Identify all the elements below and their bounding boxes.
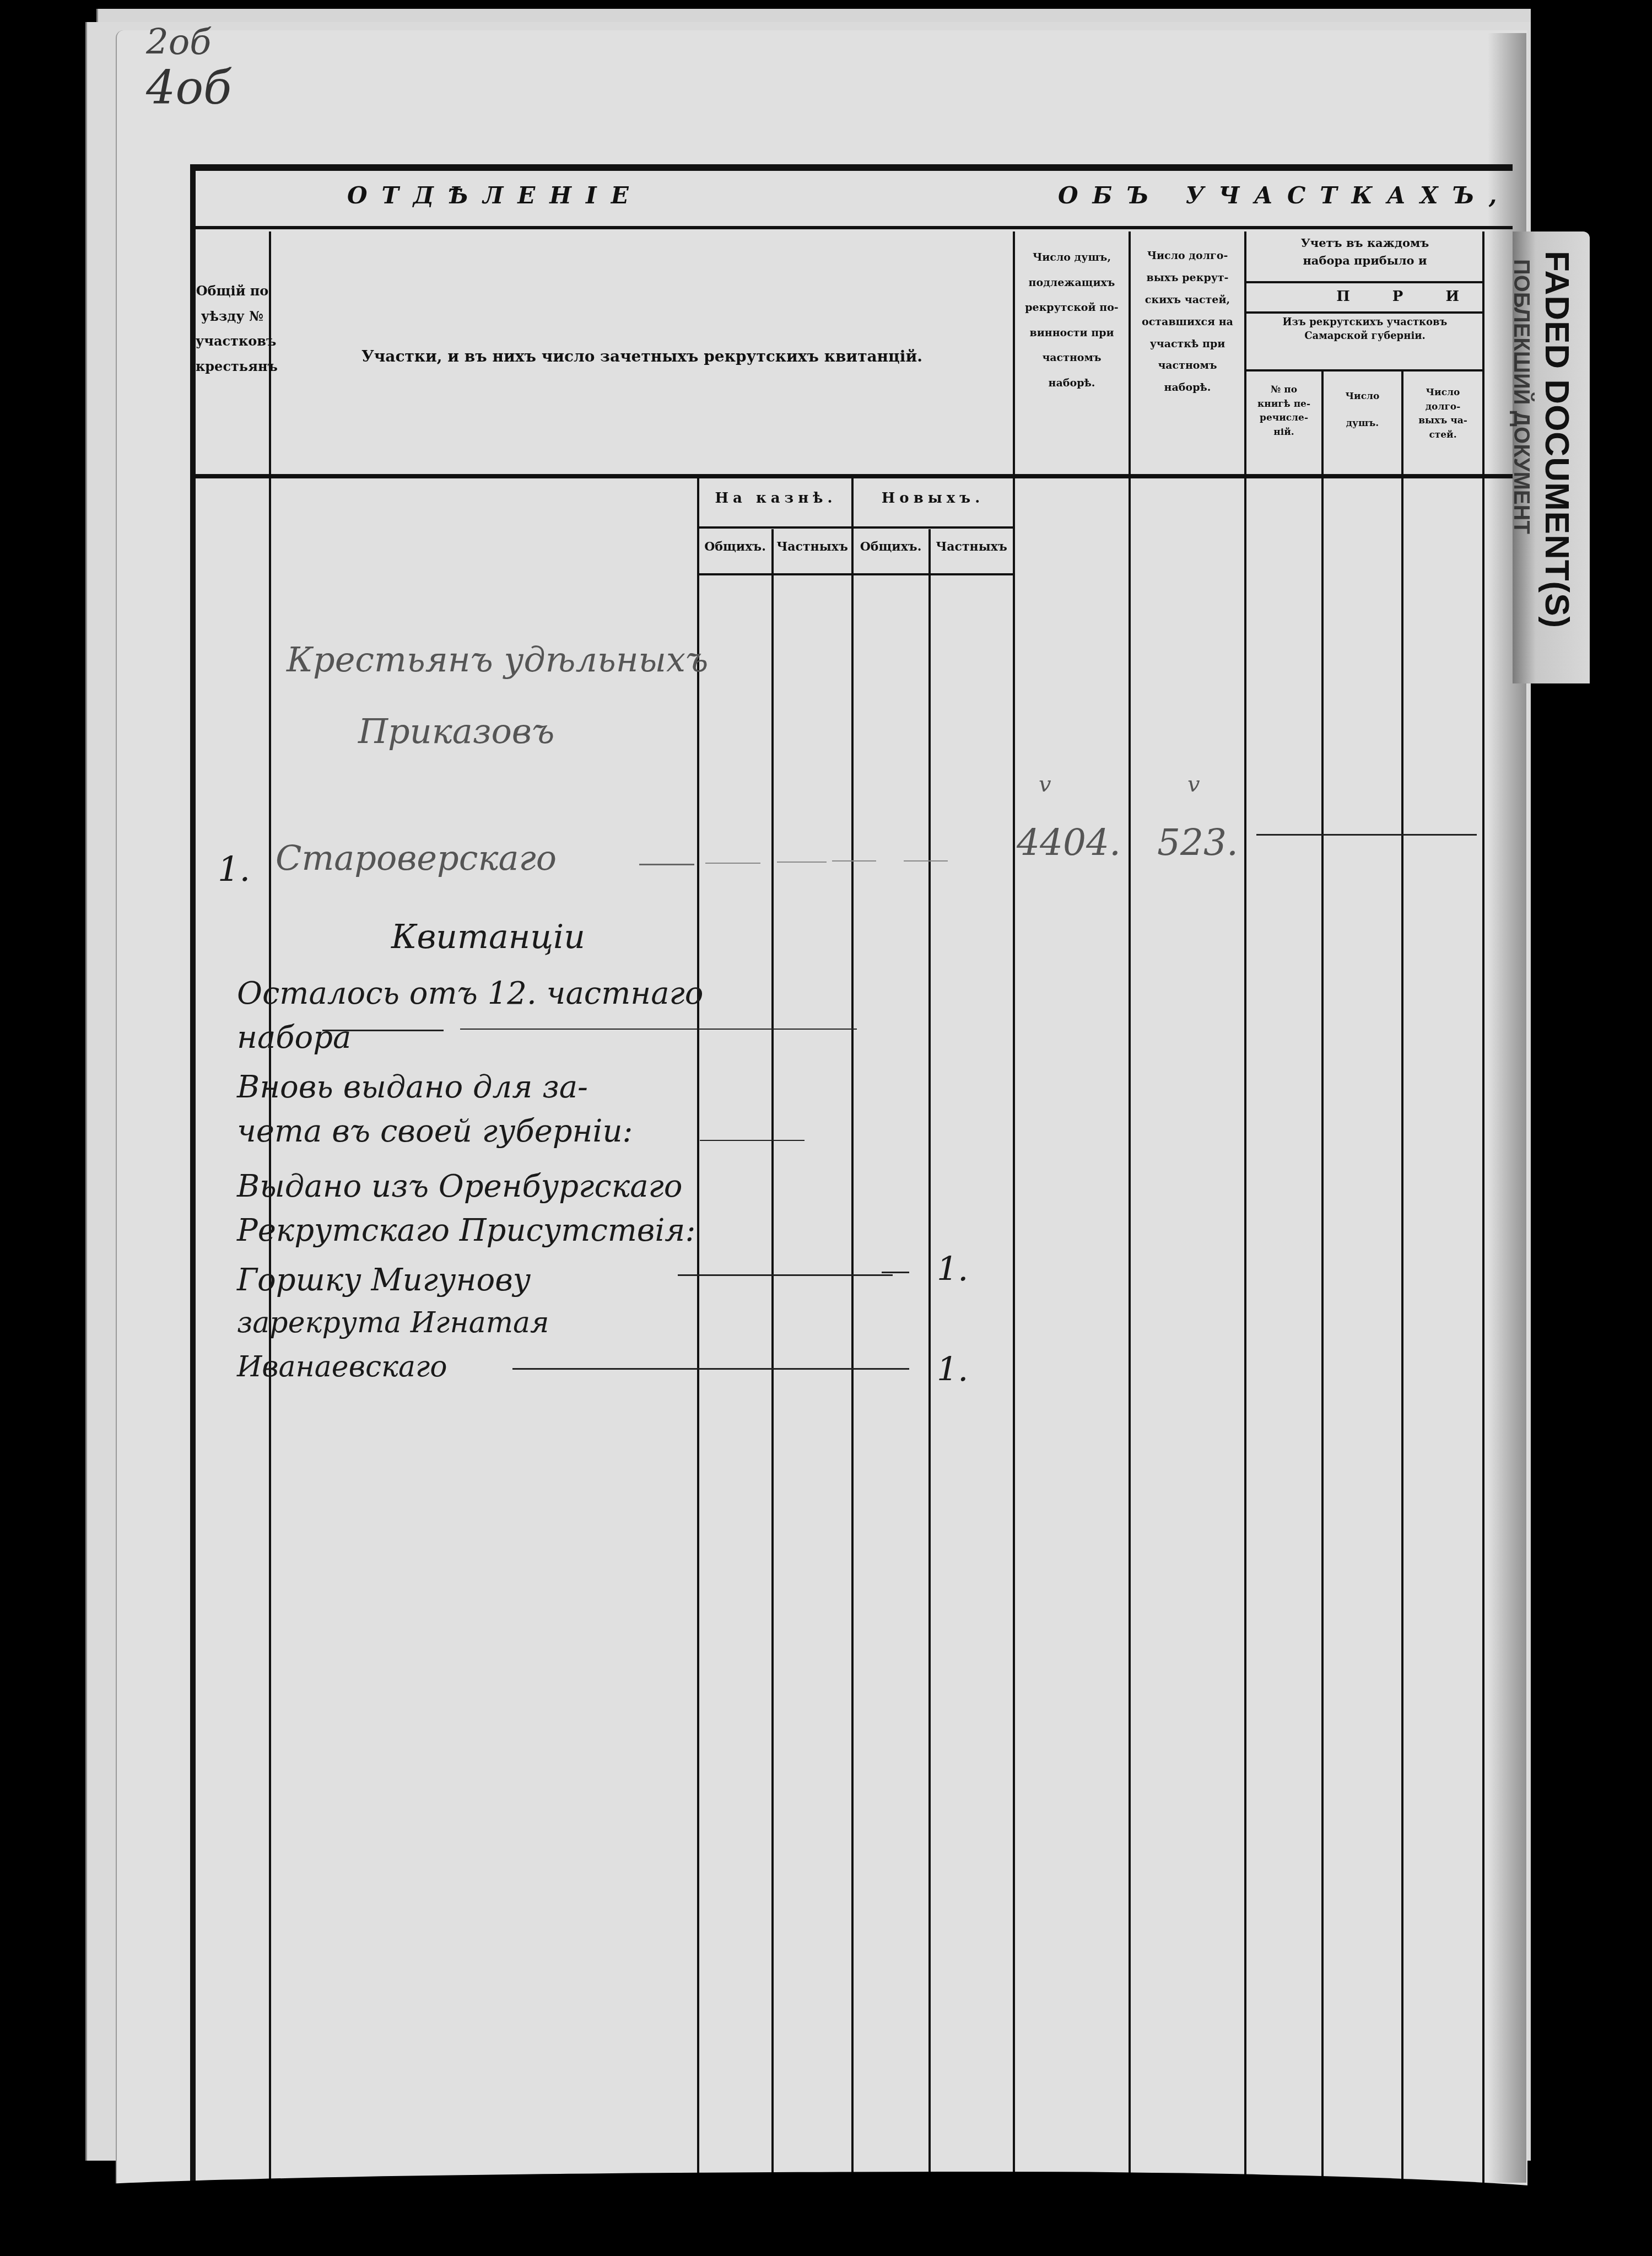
- header-line: Изъ рекрутскихъ участковъ: [1246, 315, 1483, 329]
- entry-vnov-1: Вновь выдано для за-: [237, 1069, 588, 1105]
- header-line: долго-: [1403, 400, 1482, 414]
- uchet-empty-dash: [1256, 834, 1477, 836]
- title-right: ОБЪ УЧАСТКАХЪ,: [1058, 182, 1511, 209]
- col-line-7: [1482, 231, 1484, 2183]
- header-line: рекрутской по-: [1015, 295, 1129, 321]
- col-line-5: [1321, 369, 1324, 2183]
- subcol-line-a: [697, 478, 699, 2182]
- header-na-kazne: На казнѣ.: [699, 485, 853, 512]
- header-line: Общій по: [196, 278, 269, 304]
- entry-kvitantsii: Квитанціи: [391, 918, 585, 956]
- entry-dash: [512, 1368, 909, 1370]
- header-line: участкѣ при: [1131, 333, 1244, 356]
- header-iz-uchastkov: Изъ рекрутскихъ участковъ Самарской губе…: [1246, 315, 1483, 343]
- header-line: набора прибыло и: [1246, 252, 1483, 270]
- page-bottom-edge: [0, 2172, 1652, 2256]
- subcol-line-b: [771, 529, 774, 2183]
- header-line: Самарской губерніи.: [1246, 329, 1483, 343]
- entry-vnov-2: чета въ своей губерніи:: [237, 1113, 633, 1149]
- header-line: наборѣ.: [1015, 371, 1129, 396]
- header-chislo-dush: Число душъ.: [1324, 383, 1401, 438]
- subheader-rule-2: [699, 573, 1013, 575]
- entry-row-dash: [639, 864, 694, 865]
- dolg-value: 523.: [1157, 821, 1238, 864]
- header-line: Число: [1324, 383, 1401, 410]
- header-novykh: Новыхъ.: [853, 485, 1013, 512]
- header-line: оставшихся на: [1131, 311, 1244, 333]
- value-gorshko: 1.: [937, 1250, 968, 1289]
- header-line: книгѣ пе-: [1246, 397, 1321, 412]
- entry-zarekruta-2: Иванаевскаго: [237, 1350, 447, 1383]
- header-line: Число долго-: [1131, 245, 1244, 267]
- entry-gorshko: Горшку Мигунову: [237, 1262, 531, 1298]
- entry-heading-2: Приказовъ: [358, 711, 554, 751]
- entry-row-number: 1.: [218, 849, 250, 889]
- title-left: ОТДѢЛЕНІЕ: [347, 182, 643, 209]
- header-line: Учетъ въ каждомъ: [1246, 234, 1483, 252]
- header-col-dush: Число душъ, подлежащихъ рекрутской по- в…: [1015, 245, 1129, 396]
- title-bottom-rule: [190, 226, 1513, 229]
- subcol-line-c: [851, 478, 854, 2182]
- header-col-uchastki: Участки, и въ нихъ число зачетныхъ рекру…: [270, 342, 1014, 371]
- entry-row-name: Староверскаго: [276, 838, 557, 878]
- value-zarekruta: 1.: [937, 1350, 968, 1389]
- entry-ostalos-2: набора: [237, 1020, 351, 1056]
- header-pri: П Р И: [1246, 282, 1483, 311]
- header-line: уѣзду №: [196, 304, 269, 329]
- subcol-line-d: [928, 529, 931, 2183]
- header-obshchikh-2: Общихъ.: [853, 536, 928, 559]
- header-line: частномъ: [1015, 346, 1129, 371]
- entry-dash: [700, 1140, 805, 1141]
- entry-dash: [322, 1030, 444, 1031]
- header-line: выхъ ча-: [1403, 414, 1482, 428]
- entry-vydano-1: Выдано изъ Оренбургскаго: [237, 1169, 683, 1204]
- header-line: выхъ рекрут-: [1131, 267, 1244, 289]
- folio-top: 2об: [146, 22, 211, 63]
- col-line-6: [1401, 369, 1403, 2183]
- header-line: крестьянъ: [196, 354, 269, 379]
- entry-dash: [777, 862, 827, 863]
- uchet-rule-3: [1245, 369, 1482, 371]
- header-chislo-dolg: Число долго- выхъ ча- стей.: [1403, 386, 1482, 442]
- souls-check-mark: v: [1039, 772, 1051, 797]
- header-col-number: Общій по уѣзду № участковъ крестьянъ: [196, 278, 269, 379]
- header-line: винности при: [1015, 321, 1129, 346]
- entry-heading-1: Крестьянъ удѣльныхъ: [287, 639, 708, 680]
- entry-dash: [832, 860, 876, 862]
- dolg-check-mark: v: [1187, 772, 1200, 797]
- col-line-4: [1244, 231, 1246, 2183]
- faded-document-label: FADED DOCUMENT(S): [1537, 251, 1577, 628]
- header-line: участковъ: [196, 329, 269, 354]
- header-line: скихъ частей,: [1131, 289, 1244, 311]
- entry-dash: [705, 863, 760, 864]
- entry-dash: [678, 1274, 893, 1276]
- header-col-dolg: Число долго- выхъ рекрут- скихъ частей, …: [1131, 245, 1244, 399]
- col-line-3: [1129, 231, 1131, 2183]
- col-line-1: [269, 231, 271, 2183]
- entry-dash: [882, 1272, 909, 1273]
- entry-vydano-2: Рекрутскаго Присутствія:: [237, 1213, 695, 1248]
- header-uchet: Учетъ въ каждомъ набора прибыло и: [1246, 234, 1483, 269]
- header-line: подлежащихъ: [1015, 271, 1129, 296]
- title-top-rule: [190, 164, 1513, 171]
- uchet-rule-2: [1245, 311, 1482, 314]
- souls-value: 4404.: [1017, 821, 1121, 864]
- header-line: наборѣ.: [1131, 377, 1244, 399]
- header-line: ній.: [1246, 426, 1321, 440]
- header-line: Число душъ,: [1015, 245, 1129, 271]
- header-bottom-rule: [190, 474, 1513, 478]
- folio-main: 4об: [146, 61, 231, 115]
- header-line: № по: [1246, 383, 1321, 397]
- header-line: частномъ: [1131, 355, 1244, 377]
- header-line: душъ.: [1324, 410, 1401, 437]
- entry-dash: [904, 860, 948, 862]
- entry-ostalos-1: Осталось отъ 12. частнаго: [237, 976, 704, 1011]
- header-chastnykh-2: Частныхъ: [930, 536, 1013, 559]
- header-line: речисле-: [1246, 411, 1321, 426]
- header-no-po-knige: № по книгѣ пе- речисле- ній.: [1246, 383, 1321, 439]
- col-line-2: [1013, 231, 1015, 2183]
- header-obshchikh-1: Общихъ.: [699, 536, 771, 559]
- header-line: стей.: [1403, 428, 1482, 443]
- table-left-border: [190, 164, 196, 2182]
- entry-zarekruta-1: зарекрута Игнатая: [237, 1306, 549, 1339]
- header-line: Число: [1403, 386, 1482, 400]
- faded-document-ghost-label: ПОБЛЕКШИЙ ДОКУМЕНТ: [1509, 259, 1534, 534]
- entry-dash: [460, 1029, 857, 1030]
- subheader-rule-1: [699, 526, 1013, 529]
- header-chastnykh-1: Частныхъ: [773, 536, 851, 559]
